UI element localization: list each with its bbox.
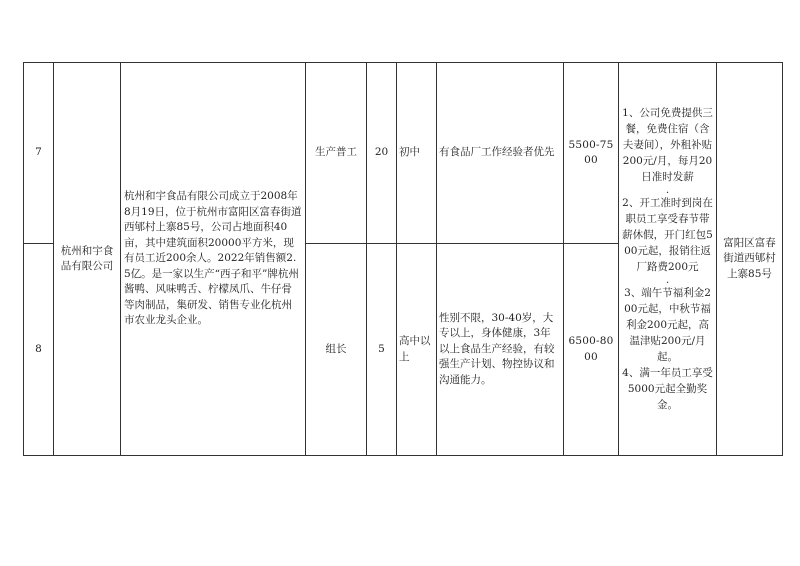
company-description: 杭州和宇食品有限公司成立于2008年8月19日，位于杭州市富阳区富春街道西郇村上…	[121, 63, 306, 456]
salary-range: 5500-7500	[564, 63, 619, 244]
benefit-item-2: 2、开工准时到岗在职员工享受春节带薪休假，开门红包500元起，报销往返厂路费20…	[622, 197, 713, 273]
education-requirement: 高中以上	[397, 244, 437, 456]
separator-dot: .	[621, 275, 714, 285]
position-name: 组长	[306, 244, 367, 456]
benefits: 1、公司免费提供三餐，免费住宿（含夫妻间），外租补贴200元/月，每月20日准时…	[619, 63, 717, 456]
benefit-item-4: 4、满一年员工享受5000元起全勤奖金。	[622, 367, 713, 411]
education-requirement: 初中	[397, 63, 437, 244]
table-row: 7 杭州和宇食品有限公司 杭州和宇食品有限公司成立于2008年8月19日，位于杭…	[24, 63, 783, 244]
job-requirements: 有食品厂工作经验者优先	[437, 63, 564, 244]
headcount: 20	[367, 63, 397, 244]
salary-range: 6500-8000	[564, 244, 619, 456]
job-listing-table: 7 杭州和宇食品有限公司 杭州和宇食品有限公司成立于2008年8月19日，位于杭…	[23, 62, 783, 456]
position-name: 生产普工	[306, 63, 367, 244]
headcount: 5	[367, 244, 397, 456]
benefit-item-1: 1、公司免费提供三餐，免费住宿（含夫妻间），外租补贴200元/月，每月20日准时…	[622, 107, 713, 183]
work-address: 富阳区富春街道西郇村上寨85号	[717, 63, 783, 456]
row-index: 7	[24, 63, 54, 244]
job-requirements: 性别不限，30-40岁，大专以上，身体健康，3年以上食品生产经验，有较强生产计划…	[437, 244, 564, 456]
company-name: 杭州和宇食品有限公司	[54, 63, 121, 456]
benefit-item-3: 3、端午节福利金200元起，中秋节福利金200元起，高温津贴200元/月起。	[624, 287, 711, 363]
row-index: 8	[24, 244, 54, 456]
separator-dot: .	[621, 185, 714, 195]
